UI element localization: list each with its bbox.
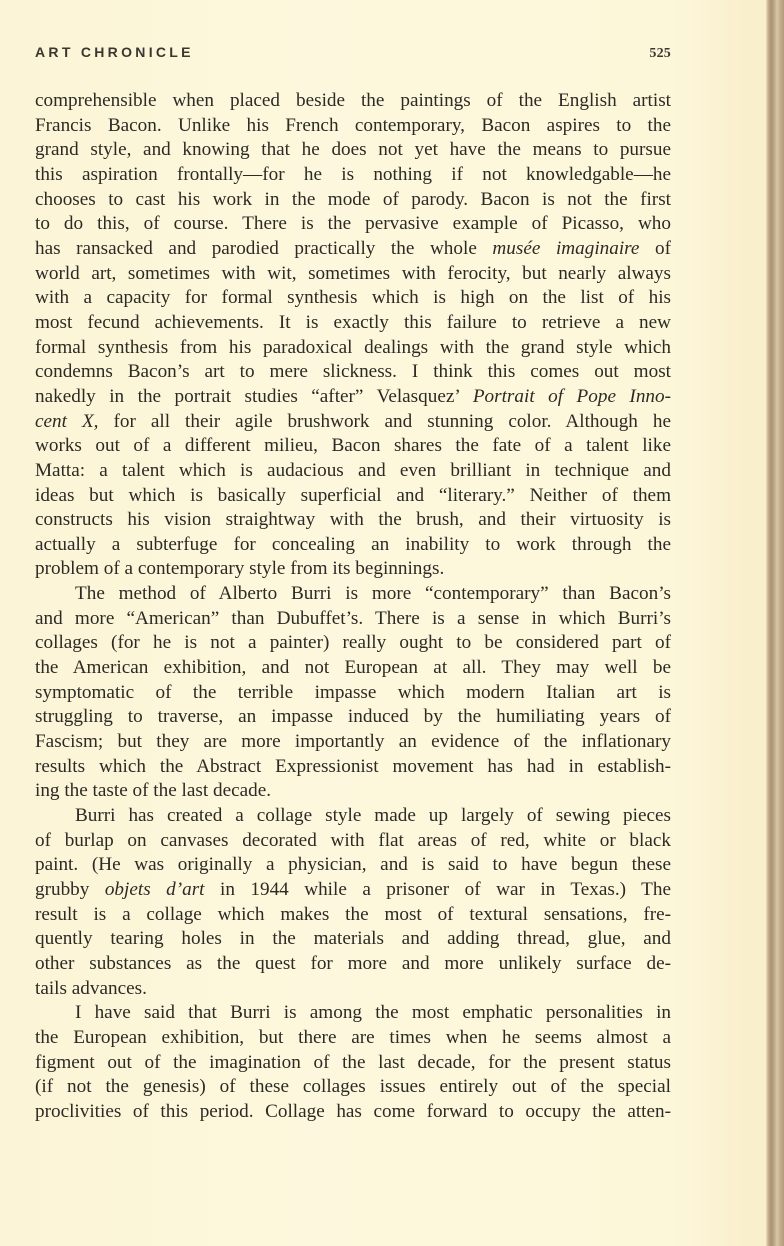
text-run: Matta: a talent which is audacious and e… [35,460,671,481]
text-line: collages (for he is not a painter) reall… [35,631,671,656]
paragraph: I have said that Burri is among the most… [35,1001,671,1124]
text-run: ideas but which is basically superficial… [35,485,671,506]
text-line: the American exhibition, and not Europea… [35,656,671,681]
text-run: in 1944 while a prisoner of war in Texas… [205,879,671,900]
text-run: Burri has created a collage style made u… [75,805,671,826]
text-line: works out of a different milieu, Bacon s… [35,434,671,459]
text-run: problem of a contemporary style from its… [35,558,444,579]
text-run: works out of a different milieu, Bacon s… [35,435,671,456]
text-line: Francis Bacon. Unlike his French contemp… [35,114,671,139]
text-run: comprehensible when placed beside the pa… [35,90,671,111]
text-line: has ransacked and parodied practically t… [35,237,671,262]
text-run: nakedly in the portrait studies “after” … [35,386,473,407]
text-run: grubby [35,879,105,900]
book-page: ART CHRONICLE 525 comprehensible when pl… [0,0,784,1246]
text-line: Burri has created a collage style made u… [35,804,671,829]
text-line: other substances as the quest for more a… [35,952,671,977]
text-line: the European exhibition, but there are t… [35,1026,671,1051]
text-run: constructs his vision straightway with t… [35,509,671,530]
running-title: ART CHRONICLE [35,44,194,60]
text-line: most fecund achievements. It is exactly … [35,311,671,336]
text-run: paint. (He was originally a physician, a… [35,854,671,875]
text-line: to do this, of course. There is the perv… [35,212,671,237]
text-line: world art, sometimes with wit, sometimes… [35,262,671,287]
text-line: The method of Alberto Burri is more “con… [35,582,671,607]
text-line: Fascism; but they are more importantly a… [35,730,671,755]
text-run: The method of Alberto Burri is more “con… [75,583,671,604]
page-number: 525 [649,46,671,62]
text-run: figment out of the imagination of the la… [35,1052,671,1073]
text-line: condemns Bacon’s art to mere slickness. … [35,360,671,385]
text-line: grubby objets d’art in 1944 while a pris… [35,878,671,903]
text-line: comprehensible when placed beside the pa… [35,89,671,114]
body-text: comprehensible when placed beside the pa… [35,89,671,1125]
text-line: with a capacity for formal synthesis whi… [35,286,671,311]
text-line: cent X, for all their agile brushwork an… [35,410,671,435]
text-run: proclivities of this period. Collage has… [35,1101,671,1122]
text-line: formal synthesis from his paradoxical de… [35,336,671,361]
text-line: ing the taste of the last decade. [35,779,671,804]
text-run: other substances as the quest for more a… [35,953,671,974]
text-line: nakedly in the portrait studies “after” … [35,385,671,410]
text-run: results which the Abstract Expressionist… [35,756,671,777]
text-line: this aspiration frontally—for he is noth… [35,163,671,188]
text-line: ideas but which is basically superficial… [35,484,671,509]
text-run: Fascism; but they are more importantly a… [35,731,671,752]
text-line: constructs his vision straightway with t… [35,508,671,533]
text-line: problem of a contemporary style from its… [35,557,671,582]
text-line: (if not the genesis) of these collages i… [35,1075,671,1100]
running-head: ART CHRONICLE 525 [35,44,671,68]
text-run: to do this, of course. There is the perv… [35,213,671,234]
text-line: of burlap on canvases decorated with fla… [35,829,671,854]
text-line: struggling to traverse, an impasse induc… [35,705,671,730]
text-run: collages (for he is not a painter) reall… [35,632,671,653]
paragraph: The method of Alberto Burri is more “con… [35,582,671,804]
text-line: Matta: a talent which is audacious and e… [35,459,671,484]
paragraph: Burri has created a collage style made u… [35,804,671,1001]
text-run: most fecund achievements. It is exactly … [35,312,671,333]
text-run: ing the taste of the last decade. [35,780,271,801]
text-run: grand style, and knowing that he does no… [35,139,671,160]
text-line: quently tearing holes in the materials a… [35,927,671,952]
text-run: (if not the genesis) of these collages i… [35,1076,671,1097]
text-run: and more “American” than Dubuffet’s. The… [35,608,671,629]
text-line: actually a subterfuge for concealing an … [35,533,671,558]
text-run: for all their agile brushwork and stunni… [98,411,671,432]
text-run: actually a subterfuge for concealing an … [35,534,671,555]
text-run: this aspiration frontally—for he is noth… [35,164,671,185]
text-run: of burlap on canvases decorated with fla… [35,830,671,851]
text-run: of [639,238,671,259]
italic-phrase: Portrait of Pope Inno- [473,386,671,407]
text-line: I have said that Burri is among the most… [35,1001,671,1026]
text-line: results which the Abstract Expressionist… [35,755,671,780]
text-run: chooses to cast his work in the mode of … [35,189,671,210]
text-run: Francis Bacon. Unlike his French contemp… [35,115,671,136]
text-line: paint. (He was originally a physician, a… [35,853,671,878]
text-run: the American exhibition, and not Europea… [35,657,671,678]
text-run: formal synthesis from his paradoxical de… [35,337,671,358]
text-line: grand style, and knowing that he does no… [35,138,671,163]
text-run: quently tearing holes in the materials a… [35,928,671,949]
text-line: result is a collage which makes the most… [35,903,671,928]
text-run: the European exhibition, but there are t… [35,1027,671,1048]
text-line: chooses to cast his work in the mode of … [35,188,671,213]
italic-phrase: cent X, [35,411,98,432]
text-line: symptomatic of the terrible impasse whic… [35,681,671,706]
text-line: and more “American” than Dubuffet’s. The… [35,607,671,632]
text-run: with a capacity for formal synthesis whi… [35,287,671,308]
text-run: world art, sometimes with wit, sometimes… [35,263,671,284]
paragraph: comprehensible when placed beside the pa… [35,89,671,582]
text-run: has ransacked and parodied practically t… [35,238,492,259]
text-run: struggling to traverse, an impasse induc… [35,706,671,727]
text-run: condemns Bacon’s art to mere slickness. … [35,361,671,382]
text-line: tails advances. [35,977,671,1002]
text-run: I have said that Burri is among the most… [75,1002,671,1023]
text-run: symptomatic of the terrible impasse whic… [35,682,671,703]
text-run: tails advances. [35,978,147,999]
text-run: result is a collage which makes the most… [35,904,671,925]
book-gutter [766,0,784,1246]
text-line: figment out of the imagination of the la… [35,1051,671,1076]
italic-phrase: musée imaginaire [492,238,639,259]
text-line: proclivities of this period. Collage has… [35,1100,671,1125]
italic-phrase: objets d’art [105,879,205,900]
